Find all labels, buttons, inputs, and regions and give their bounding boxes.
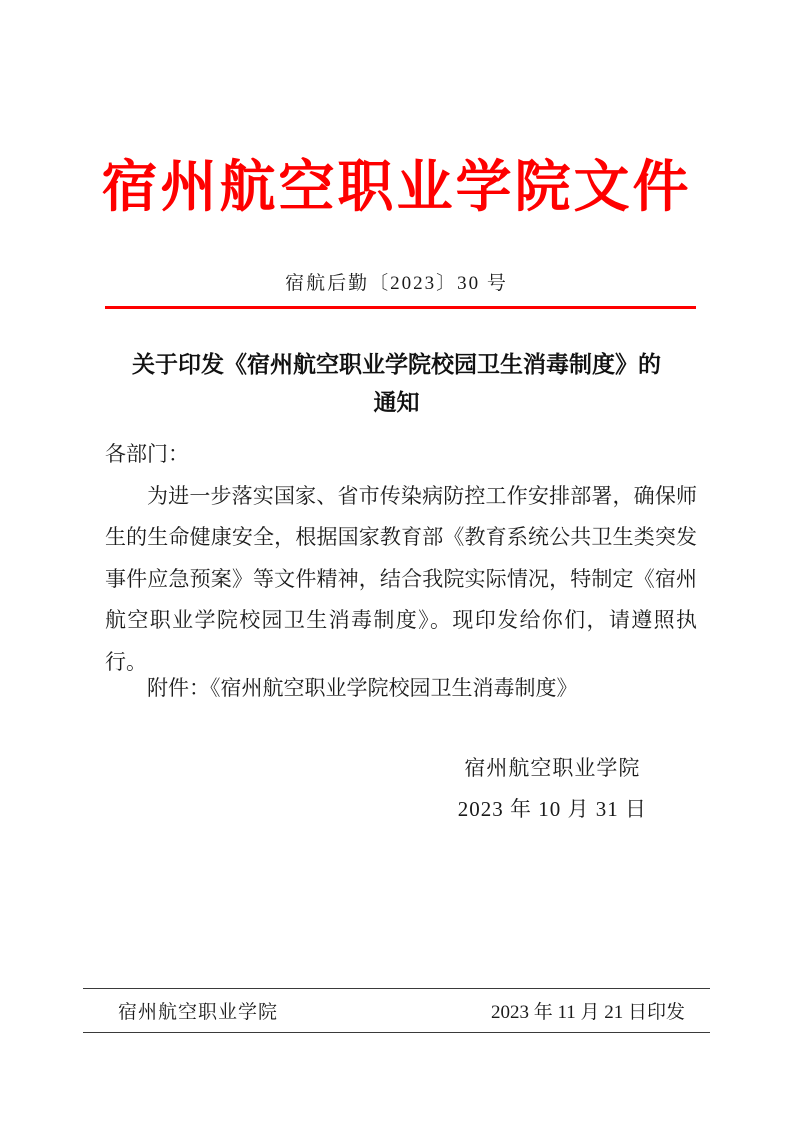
signature-issuer: 宿州航空职业学院 — [458, 748, 647, 789]
attachment-line: 附件：《宿州航空职业学院校园卫生消毒制度》 — [105, 668, 697, 710]
footer-issuer: 宿州航空职业学院 — [118, 997, 278, 1024]
body-paragraph: 为进一步落实国家、省市传染病防控工作安排部署，确保师生的生命健康安全，根据国家教… — [105, 476, 697, 684]
notice-title-line1: 关于印发《宿州航空职业学院校园卫生消毒制度》的 — [0, 345, 793, 383]
notice-title-line2: 通知 — [0, 383, 793, 421]
signature-date: 2023 年 10 月 31 日 — [458, 789, 647, 830]
notice-title: 关于印发《宿州航空职业学院校园卫生消毒制度》的 通知 — [0, 345, 793, 421]
signature-block: 宿州航空职业学院 2023 年 10 月 31 日 — [458, 748, 647, 830]
document-page: 宿州航空职业学院文件 宿航后勤〔2023〕30 号 关于印发《宿州航空职业学院校… — [0, 0, 793, 1122]
notice-body: 各部门： 为进一步落实国家、省市传染病防控工作安排部署，确保师生的生命健康安全，… — [105, 434, 697, 683]
footer-print-date: 2023 年 11 月 21 日印发 — [491, 997, 685, 1024]
salutation: 各部门： — [105, 434, 697, 476]
document-reference-number: 宿航后勤〔2023〕30 号 — [0, 268, 793, 295]
footer-bar: 宿州航空职业学院 2023 年 11 月 21 日印发 — [83, 988, 710, 1033]
document-header-title: 宿州航空职业学院文件 — [0, 143, 793, 223]
red-divider-line — [105, 306, 696, 309]
